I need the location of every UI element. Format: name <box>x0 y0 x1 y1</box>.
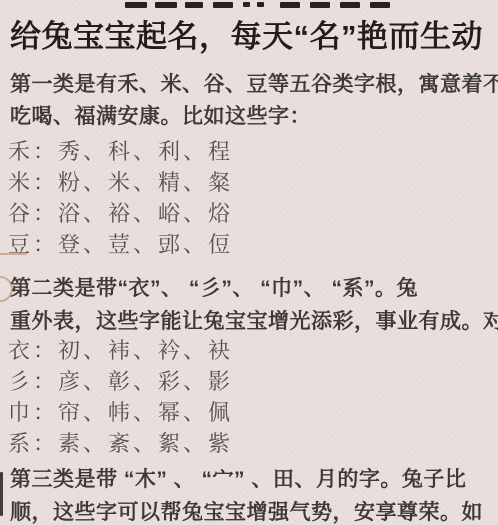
section2-paragraph-line2: 重外表，这些字能让兔宝宝增光添彩，事业有成。对 <box>10 305 498 335</box>
section1-paragraph-line1: 第一类是有禾、米、谷、豆等五谷类字根，寓意着不 <box>10 68 498 98</box>
glyph-fragment <box>185 2 203 8</box>
left-edge-divider <box>0 253 27 255</box>
page-title: 给兔宝宝起名，每天“名”艳而生动 <box>10 11 483 56</box>
glyph-fragment <box>340 2 360 8</box>
radical-row-mi: 米：粉、米、精、粲 <box>8 166 233 197</box>
radical-row-xi: 系：素、紊、絮、紫 <box>8 427 233 458</box>
section1-paragraph-line2: 吃喝、福满安康。比如这些字： <box>10 100 311 130</box>
radical-row-yi: 衣：初、袆、衿、袂 <box>8 334 233 365</box>
section2-paragraph-line1: 第二类是带“衣”、 “彡”、 “巾”、 “系”。兔 <box>10 272 418 302</box>
glyph-fragment <box>155 2 177 8</box>
radical-row-shan: 彡：彦、彰、彩、影 <box>8 365 233 396</box>
glyph-fragment <box>310 2 330 8</box>
quote-fragment <box>243 2 250 7</box>
quote-fragment <box>257 2 264 7</box>
glyph-fragment <box>370 2 390 8</box>
radical-row-dou: 豆：登、荳、郖、侸 <box>8 228 233 259</box>
radical-row-he: 禾：秀、科、利、程 <box>8 135 233 166</box>
glyph-fragment <box>125 2 147 8</box>
glyph-fragment <box>213 2 233 8</box>
section3-paragraph-line1: 第三类是带 “木” 、 “宀” 、田、月的字。兔子比 <box>10 463 466 493</box>
glyph-fragment <box>280 2 300 8</box>
clipped-edge-mark <box>0 472 3 516</box>
radical-row-jin: 巾：帘、帏、幂、佩 <box>8 396 233 427</box>
section3-paragraph-line2: 顺，这些字可以帮兔宝宝增强气势，安享尊荣。如 <box>10 496 483 525</box>
radical-row-gu: 谷：浴、裕、峪、焀 <box>8 197 233 228</box>
